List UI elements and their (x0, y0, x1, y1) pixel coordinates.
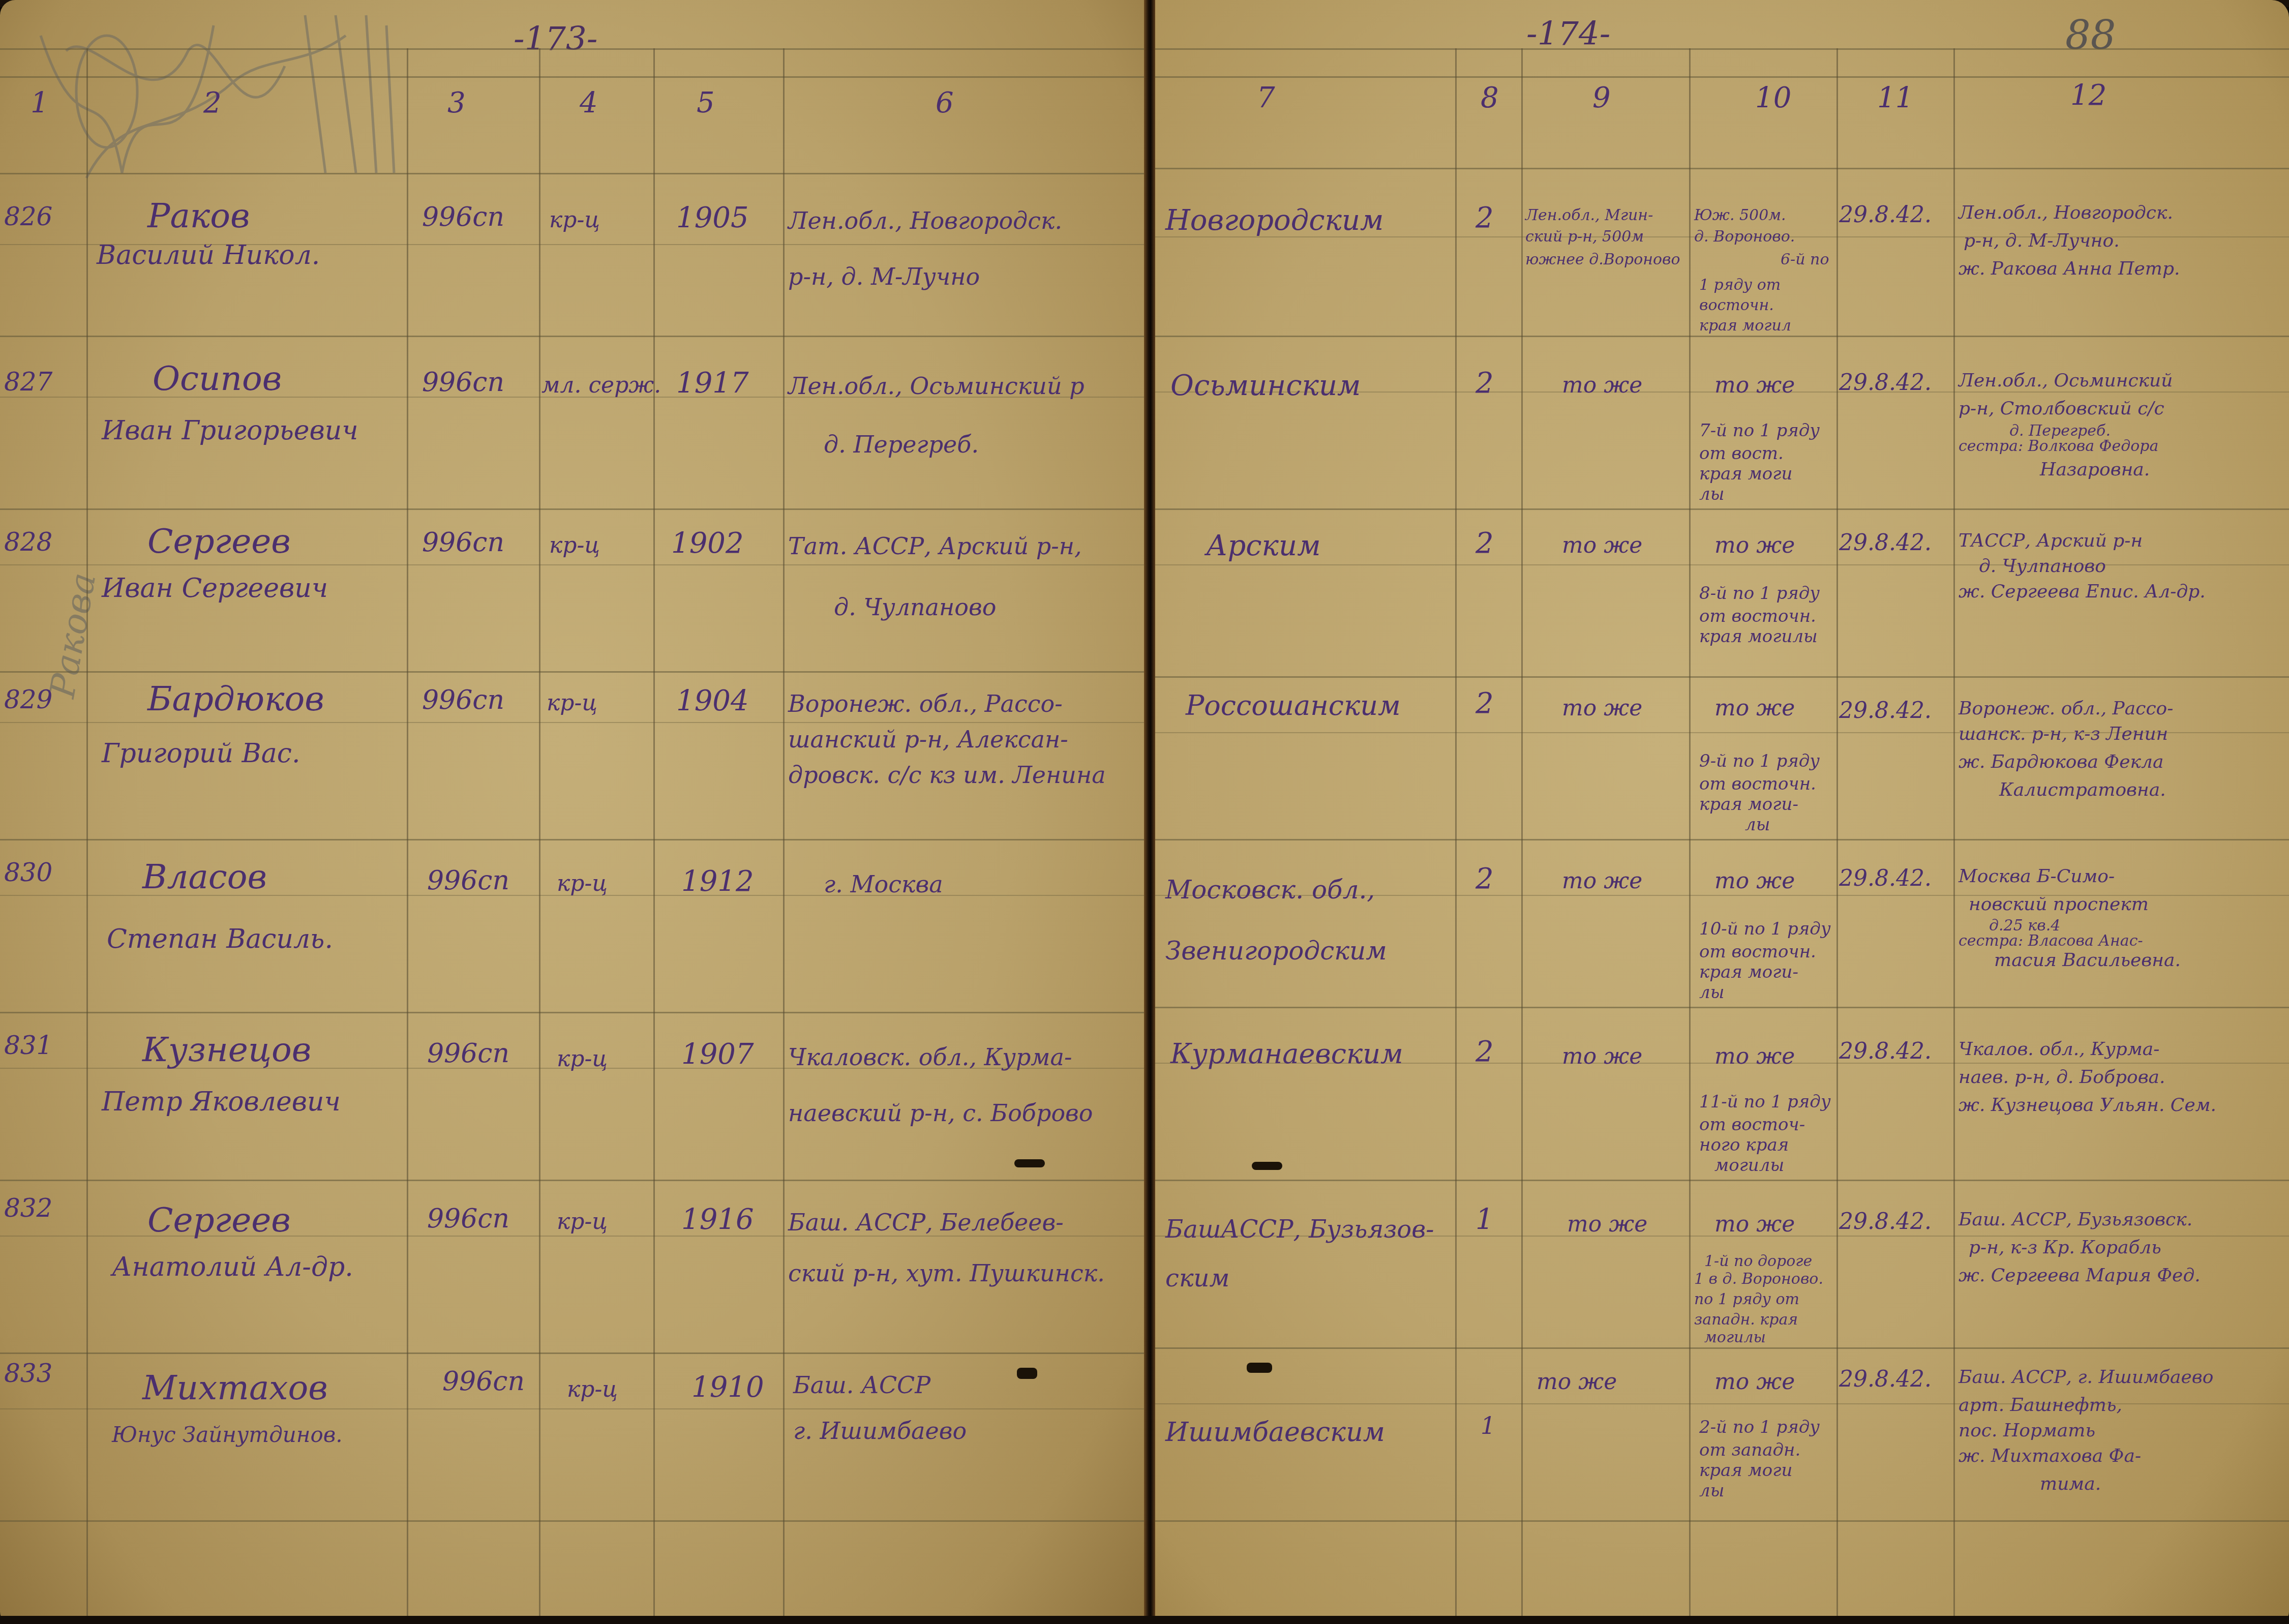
column-header: 12 (2070, 79, 2106, 112)
rule (1155, 1520, 2289, 1522)
binding-hole (1252, 1162, 1282, 1170)
column-header: 9 (1592, 81, 1611, 114)
binding-hole (1014, 1159, 1045, 1167)
column-header: 1 (31, 86, 49, 119)
burial-date: 29.8.42. (1839, 371, 1932, 395)
rule (0, 1520, 1144, 1522)
column-rule (86, 48, 88, 1624)
column-rule (539, 48, 540, 1624)
column-rule (407, 48, 408, 1624)
relative-line: Баш. АССР, Бузьязовск. (1959, 1210, 2192, 1229)
relative-line: ТАССР, Арский р-н (1959, 531, 2143, 551)
row-number: 831 (4, 1032, 52, 1059)
birth-year: 1904 (676, 686, 749, 716)
birth-year: 1910 (691, 1373, 764, 1403)
rule (1155, 48, 2289, 50)
col8-value: 2 (1475, 369, 1494, 399)
birth-year: 1917 (676, 369, 749, 399)
grave-position-line: от восточн. (1699, 943, 1816, 961)
relative-line: новский проспект (1969, 895, 2149, 914)
grave-position-line: 1 в д. Вороново. (1694, 1271, 1823, 1287)
birthplace-line: Воронеж. обл., Рассо- (788, 691, 1063, 716)
column-rule (653, 48, 655, 1624)
rule (0, 564, 1144, 565)
relative-line: шанск. р-н, к-з Ленин (1959, 725, 2168, 744)
relative-line: пос. Нормать (1959, 1421, 2095, 1440)
unit: 996сп (427, 867, 509, 895)
unit: 996сп (422, 686, 504, 714)
birth-year: 1916 (681, 1205, 754, 1235)
grave-position-line: то же (1714, 1213, 1795, 1236)
burial-place: то же (1562, 697, 1642, 720)
relative-line: Калистратовна. (1999, 780, 2166, 800)
surname: Власов (142, 859, 267, 894)
row-number: 826 (4, 203, 52, 230)
given-name: Юнус Зайнутдинов. (112, 1424, 343, 1446)
grave-position-line: ного края (1699, 1136, 1789, 1155)
relative-line: р-н, д. М-Лучно. (1964, 231, 2120, 251)
rank: кр-ц (567, 1378, 618, 1401)
grave-position-line: по 1 ряду от (1694, 1291, 1799, 1308)
conscription-office: Осьминским (1170, 371, 1361, 401)
conscription-office: Курманаевским (1170, 1040, 1403, 1069)
burial-place: то же (1537, 1370, 1617, 1394)
surname: Кузнецов (142, 1032, 311, 1067)
rank: кр-ц (549, 534, 600, 557)
grave-position-line: могилы (1714, 1157, 1784, 1175)
right-page: -174- 88 7 8 9 10 11 12 (1155, 0, 2289, 1624)
grave-position-line: края моги (1699, 465, 1792, 484)
left-page-number: -173- (514, 20, 597, 58)
grave-position-line: то же (1714, 1045, 1795, 1068)
burial-place: то же (1562, 869, 1642, 893)
row-number: 828 (4, 529, 52, 556)
grave-position-line: восточн. (1699, 297, 1774, 314)
col8-value: 2 (1475, 529, 1494, 559)
burial-date: 29.8.42. (1839, 699, 1932, 723)
given-name: Степан Василь. (107, 925, 333, 953)
row-number: 830 (4, 859, 52, 886)
row-number: 827 (4, 369, 52, 396)
unit: 996сп (422, 203, 504, 231)
binding-hole (1017, 1368, 1037, 1379)
grave-position-line: края моги- (1699, 796, 1798, 814)
birthplace-line: дровск. с/с кз им. Ленина (788, 763, 1106, 787)
ledger-spread: -173- Ракова (0, 0, 2289, 1624)
conscription-office: Ишимбаевским (1165, 1419, 1385, 1447)
grave-position-line: то же (1714, 534, 1795, 557)
scan-border-bottom (0, 1616, 2289, 1624)
column-header: 2 (203, 86, 222, 119)
conscription-office: Арским (1206, 531, 1321, 561)
given-name: Григорий Вас. (102, 740, 300, 768)
grave-position-line: западн. края (1694, 1312, 1798, 1328)
rule (1155, 76, 2289, 78)
sheet-number: 88 (2065, 13, 2116, 58)
given-name: Василий Никол. (97, 242, 320, 269)
conscription-office: Новгородским (1165, 206, 1384, 236)
relative-line: д.25 кв.4 (1989, 918, 2060, 934)
rule (0, 671, 1144, 673)
given-name: Иван Григорьевич (102, 417, 358, 445)
rule (0, 839, 1144, 840)
rule (0, 508, 1144, 510)
column-rule (1521, 48, 1523, 1624)
column-header: 11 (1877, 81, 1913, 114)
burial-date: 29.8.42. (1839, 531, 1932, 555)
surname: Раков (147, 198, 250, 233)
birthplace-line: Тат. АССР, Арский р-н, (788, 534, 1082, 558)
birthplace-line: Чкаловск. обл., Курма- (788, 1045, 1072, 1069)
row-number: 829 (4, 686, 52, 713)
grave-position-line: 6-й по (1781, 252, 1829, 268)
relative-line: р-н, к-з Кр. Корабль (1969, 1238, 2161, 1257)
rule (1155, 168, 2289, 169)
grave-position-line: края могил (1699, 318, 1791, 334)
grave-position-line: лы (1699, 984, 1724, 1002)
grave-position-line: 9-й по 1 ряду (1699, 753, 1820, 771)
relative-line: тима. (2040, 1475, 2101, 1494)
relative-line: р-н, Столбовский с/с (1959, 399, 2164, 418)
given-name: Петр Яковлевич (102, 1088, 341, 1116)
grave-position-line: лы (1699, 1482, 1724, 1500)
column-header: 10 (1755, 81, 1791, 114)
grave-position-line: 1-й по дороге (1704, 1253, 1812, 1270)
grave-position-line: 2-й по 1 ряду (1699, 1419, 1820, 1437)
column-rule (1953, 48, 1955, 1624)
column-rule (1455, 48, 1457, 1624)
grave-position-line: от восточн. (1699, 775, 1816, 794)
grave-position-line: Юж. 500м. (1694, 207, 1786, 224)
rule (0, 48, 1144, 50)
binding-hole (1247, 1363, 1272, 1373)
burial-place-line: Лен.обл., Мгин- (1525, 207, 1653, 224)
rule (1155, 508, 2289, 510)
grave-position-line: края могилы (1699, 628, 1818, 646)
unit: 996сп (422, 369, 504, 397)
rule (0, 722, 1144, 723)
unit: 996сп (442, 1368, 525, 1396)
rank: кр-ц (549, 208, 600, 232)
book-spine (1144, 0, 1155, 1624)
burial-place: то же (1562, 374, 1642, 397)
unit: 996сп (422, 529, 504, 557)
birthplace-line: д. Перегреб. (824, 432, 979, 457)
grave-position-line: то же (1714, 869, 1795, 893)
burial-place: то же (1567, 1213, 1647, 1236)
burial-place: то же (1562, 534, 1642, 557)
pencil-annotation: Ракова (43, 570, 104, 701)
grave-position-line: лы (1699, 486, 1724, 504)
birthplace-line: Баш. АССР (793, 1373, 930, 1397)
rule (1155, 839, 2289, 840)
left-page: -173- Ракова (0, 0, 1144, 1624)
rule (1155, 336, 2289, 337)
relative-line: Москва Б-Симо- (1959, 867, 2115, 886)
relative-line: д. Перегреб. (2009, 423, 2111, 439)
conscription-office: БашАССР, Бузьязов-ским (1165, 1205, 1450, 1303)
birthplace-line: д. Чулпаново (834, 595, 996, 619)
birthplace-line: Лен.обл., Новгородск. (788, 208, 1062, 233)
column-rule (1689, 48, 1691, 1624)
row-number: 832 (4, 1195, 52, 1222)
surname: Бардюков (147, 681, 324, 716)
col8-value: 2 (1475, 1037, 1494, 1067)
relative-line: арт. Башнефть, (1959, 1396, 2122, 1415)
given-name: Анатолий Ал-др. (112, 1253, 353, 1281)
grave-position-line: то же (1714, 697, 1795, 720)
relative-line: Лен.обл., Осьминский (1959, 371, 2173, 390)
relative-line: ж. Сергеева Епис. Ал-др. (1959, 582, 2206, 602)
col8-value: 2 (1475, 203, 1494, 233)
burial-place-line: южнее д.Вороново (1525, 252, 1680, 268)
birth-year: 1905 (676, 203, 749, 233)
pencil-scribble-icon (20, 5, 437, 198)
burial-date: 29.8.42. (1839, 203, 1932, 227)
grave-position-line: края моги- (1699, 964, 1798, 982)
column-header: 3 (447, 86, 466, 119)
column-rule (1836, 48, 1838, 1624)
grave-position-line: могилы (1704, 1330, 1766, 1346)
birthplace-line: наевский р-н, с. Боброво (788, 1101, 1093, 1125)
grave-position-line: то же (1714, 1370, 1795, 1394)
burial-date: 29.8.42. (1839, 1210, 1932, 1234)
rule (0, 1180, 1144, 1181)
col8-value: 2 (1475, 689, 1494, 719)
rank: мл. серж. (541, 374, 661, 397)
grave-position-line: края моги (1699, 1462, 1792, 1480)
rule (0, 1408, 1144, 1409)
grave-position-line: то же (1714, 374, 1795, 397)
burial-place: то же (1562, 1045, 1642, 1068)
grave-position-line: от восточн. (1699, 608, 1816, 626)
given-name: Иван Сергеевич (102, 575, 328, 603)
birthplace-line: Баш. АССР, Белебеев- (788, 1210, 1064, 1235)
rule (1155, 1180, 2289, 1181)
grave-position-line: от вост. (1699, 445, 1784, 463)
relative-line: сестра: Волкова Федора (1959, 438, 2158, 455)
grave-position-line: 11-й по 1 ряду (1699, 1093, 1831, 1111)
relative-line: сестра: Власова Анас- (1959, 933, 2143, 949)
row-number: 833 (4, 1360, 52, 1387)
conscription-office: Россошанским (1186, 691, 1401, 720)
unit: 996сп (427, 1040, 509, 1068)
relative-line: тасия Васильевна. (1994, 951, 2181, 970)
column-header: 8 (1481, 81, 1499, 114)
rank: кр-ц (547, 691, 597, 715)
birthplace-line: Лен.обл., Осьминский р (788, 374, 1085, 398)
relative-line: Баш. АССР, г. Ишимбаево (1959, 1368, 2213, 1387)
col8-value: 1 (1475, 1205, 1494, 1235)
right-page-number: -174- (1526, 15, 1610, 53)
birthplace-line: шанский р-н, Алексан- (788, 727, 1068, 751)
surname: Осипов (153, 361, 282, 396)
rule (0, 76, 1144, 78)
grave-position-line: от восточ- (1699, 1116, 1805, 1134)
relative-line: ж. Михтахова Фа- (1959, 1447, 2141, 1466)
rule (0, 1012, 1144, 1013)
rank: кр-ц (557, 872, 608, 895)
grave-position-line: от западн. (1699, 1441, 1800, 1460)
relative-line: Воронеж. обл., Рассо- (1959, 699, 2173, 718)
relative-line: Назаровна. (2040, 460, 2150, 479)
rule (1155, 676, 2289, 678)
column-header: 5 (697, 86, 715, 119)
relative-line: д. Чулпаново (1979, 557, 2106, 576)
rule (1155, 1007, 2289, 1008)
rank: кр-ц (557, 1047, 608, 1071)
burial-place-line: ский р-н, 500м (1525, 229, 1644, 245)
grave-position-line: 7-й по 1 ряду (1699, 422, 1820, 440)
rule (0, 173, 1144, 174)
grave-position-line: д. Вороново. (1694, 229, 1795, 245)
rule (0, 336, 1144, 337)
birthplace-line: ский р-н, хут. Пушкинск. (788, 1261, 1105, 1285)
relative-line: Лен.обл., Новгородск. (1959, 203, 2173, 223)
birthplace-line: г. Москва (824, 872, 943, 896)
relative-line: Чкалов. обл., Курма- (1959, 1040, 2159, 1059)
rank: кр-ц (557, 1210, 608, 1234)
column-rule (783, 48, 785, 1624)
surname: Михтахов (142, 1370, 328, 1405)
relative-line: наев. р-н, д. Боброва. (1959, 1068, 2165, 1087)
grave-position-line: лы (1745, 816, 1770, 834)
burial-date: 29.8.42. (1839, 1368, 1932, 1391)
grave-position-line: 8-й по 1 ряду (1699, 585, 1820, 603)
burial-date: 29.8.42. (1839, 867, 1932, 890)
col8-value: 2 (1475, 864, 1494, 894)
birth-year: 1907 (681, 1040, 754, 1070)
rule (0, 1352, 1144, 1354)
surname: Сергеев (147, 1202, 291, 1238)
relative-line: ж. Ракова Анна Петр. (1959, 259, 2180, 279)
burial-date: 29.8.42. (1839, 1040, 1932, 1063)
column-header: 7 (1257, 81, 1275, 114)
rule (1155, 1347, 2289, 1349)
grave-position-line: 1 ряду от (1699, 277, 1781, 293)
birthplace-line: г. Ишимбаево (793, 1419, 967, 1443)
relative-line: ж. Кузнецова Ульян. Сем. (1959, 1096, 2216, 1115)
rule (1155, 564, 2289, 565)
birthplace-line: р-н, д. М-Лучно (788, 264, 980, 289)
birth-year: 1912 (681, 867, 754, 897)
birth-year: 1902 (671, 529, 744, 559)
conscription-office: Московск. обл., Звенигородским (1165, 859, 1450, 981)
grave-position-line: 10-й по 1 ряду (1699, 920, 1831, 939)
column-header: 6 (936, 86, 954, 119)
surname: Сергеев (147, 524, 291, 559)
relative-line: ж. Бардюкова Фекла (1959, 753, 2163, 772)
relative-line: ж. Сергеева Мария Фед. (1959, 1266, 2201, 1285)
unit: 996сп (427, 1205, 509, 1233)
column-header: 4 (580, 86, 598, 119)
col8-value: 1 (1481, 1414, 1495, 1438)
